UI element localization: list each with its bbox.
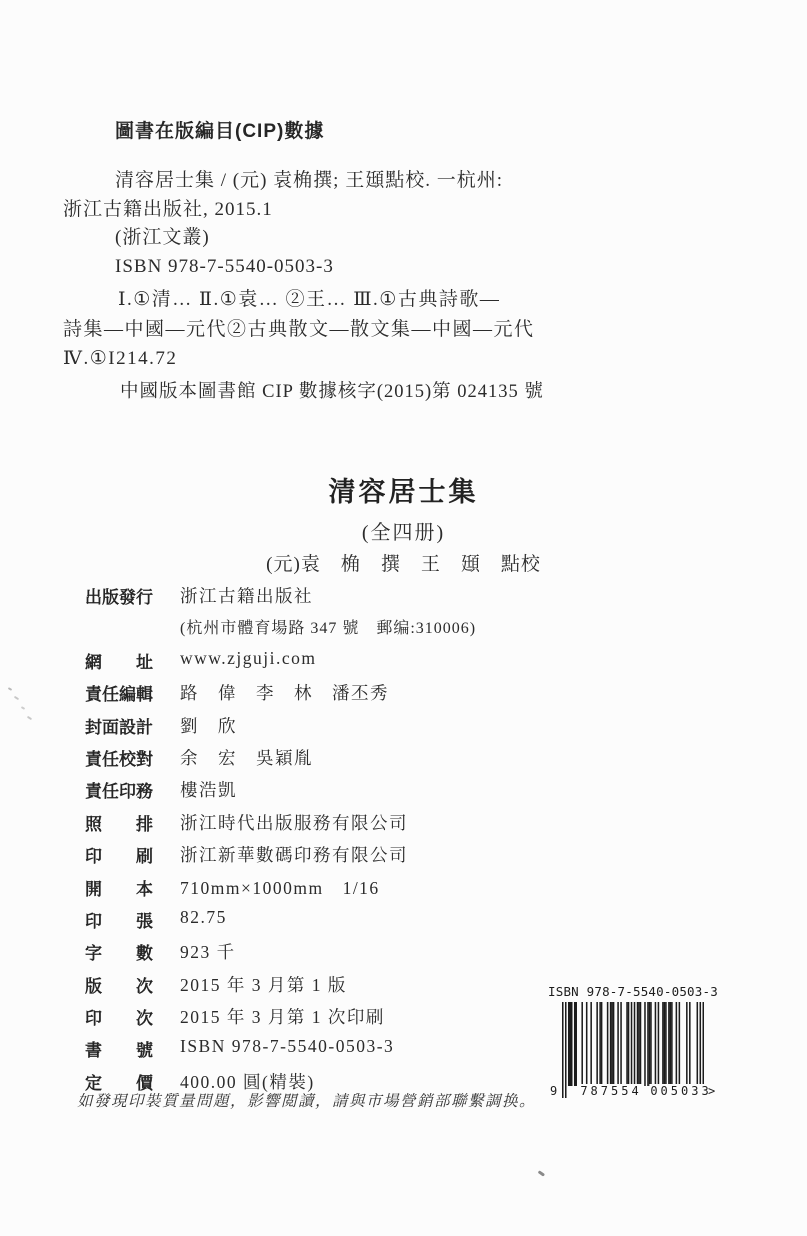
pub-row-label: 封面設計 <box>85 713 155 738</box>
pub-row-value: (杭州市體育場路 347 號 郵编:310006) <box>180 615 476 638</box>
pub-row-label: 印 張 <box>85 907 155 932</box>
isbn-barcode-block: ISBN 978-7-5540-0503-3 9 787554 005033 > <box>548 984 726 1114</box>
pub-row-value: 浙江新華數碼印務有限公司 <box>180 842 408 867</box>
pub-row-value: 路 偉 李 林 潘丕秀 <box>180 680 389 705</box>
pub-row: 出版發行 浙江古籍出版社 <box>85 583 725 615</box>
pub-row: 照 排 浙江時代出版服務有限公司 <box>85 810 725 842</box>
pub-row-label: 網 址 <box>85 648 155 673</box>
pub-row-value: ISBN 978-7-5540-0503-3 <box>180 1036 394 1057</box>
cip-entry-line: ISBN 978-7-5540-0503-3 <box>63 253 623 282</box>
cip-classification-line: 詩集—中國—元代②古典散文—散文集—中國—元代 <box>63 315 643 345</box>
pub-row: (杭州市體育場路 347 號 郵编:310006) <box>85 615 725 647</box>
book-title: 清容居士集 <box>0 470 807 509</box>
pub-row-label: 責任校對 <box>85 745 155 770</box>
pub-row-value: 710mm×1000mm 1/16 <box>180 875 380 900</box>
pub-row-value: 923 千 <box>180 939 236 964</box>
pub-row-label: 照 排 <box>85 810 155 835</box>
pub-row-label: 書 號 <box>85 1036 155 1061</box>
ink-speck <box>8 687 12 691</box>
cip-entry: 清容居士集 / (元) 袁桷撰; 王頲點校. 一杭州: 浙江古籍出版社, 201… <box>63 167 623 281</box>
barcode-right-digits: 005033 <box>649 1084 712 1098</box>
pub-row: 開 本 710mm×1000mm 1/16 <box>85 875 725 907</box>
pub-row-value: 樓浩凱 <box>180 777 237 802</box>
pub-row-label: 責任印務 <box>85 777 155 802</box>
pub-row: 責任印務 樓浩凱 <box>85 777 725 809</box>
pub-row-label: 開 本 <box>85 875 155 900</box>
pub-row-value: 劉 欣 <box>180 713 237 738</box>
pub-row-label: 印 次 <box>85 1004 155 1029</box>
cip-classification-line: Ⅳ.①I214.72 <box>63 344 643 374</box>
pub-row: 印 張 82.75 <box>85 907 725 939</box>
pub-row: 網 址 www.zjguji.com <box>85 648 725 680</box>
pub-row: 責任校對 余 宏 吳穎胤 <box>85 745 725 777</box>
ink-speck <box>538 1170 545 1176</box>
cip-classification: Ⅰ.①清… Ⅱ.①袁… ②王… Ⅲ.①古典詩歌— 詩集—中國—元代②古典散文—散… <box>63 285 643 374</box>
cip-entry-line: 清容居士集 / (元) 袁桷撰; 王頲點校. 一杭州: <box>63 167 623 196</box>
ink-speck <box>14 696 19 700</box>
pub-row-label: 字 數 <box>85 939 155 964</box>
ink-speck <box>21 706 25 710</box>
cip-classification-line: Ⅰ.①清… Ⅱ.①袁… ②王… Ⅲ.①古典詩歌— <box>63 285 643 315</box>
pub-row: 字 數 923 千 <box>85 939 725 971</box>
pub-row-value: 浙江古籍出版社 <box>180 583 313 608</box>
barcode-first-digit: 9 <box>550 1084 557 1098</box>
pub-row: 責任編輯 路 偉 李 林 潘丕秀 <box>85 680 725 712</box>
quality-note: 如發現印裝質量問題，影響閲讀，請與市場營銷部聯繫調换。 <box>77 1089 536 1111</box>
pub-row-value: www.zjguji.com <box>180 648 317 669</box>
cip-record-number: 中國版本圖書館 CIP 數據核字(2015)第 024135 號 <box>120 377 544 403</box>
pub-row-label: 版 次 <box>85 972 155 997</box>
barcode-isbn-text: ISBN 978-7-5540-0503-3 <box>548 984 718 999</box>
pub-row-value: 2015 年 3 月第 1 次印刷 <box>180 1004 385 1029</box>
pub-row-label: 出版發行 <box>85 583 155 608</box>
pub-row-value: 82.75 <box>180 907 227 928</box>
pub-row-value: 2015 年 3 月第 1 版 <box>180 972 347 997</box>
cip-entry-line: (浙江文叢) <box>63 224 623 253</box>
barcode-arrow: > <box>708 1084 715 1098</box>
cip-heading: 圖書在版編目(CIP)數據 <box>115 116 324 143</box>
pub-row-label: 印 刷 <box>85 842 155 867</box>
cip-entry-line: 浙江古籍出版社, 2015.1 <box>63 196 623 225</box>
pub-row: 印 刷 浙江新華數碼印務有限公司 <box>85 842 725 874</box>
ink-speck <box>27 716 32 720</box>
barcode-left-digits: 787554 <box>579 1084 642 1098</box>
pub-row-label: 責任編輯 <box>85 680 155 705</box>
authors-line: (元)袁 桷 撰 王 頲 點校 <box>0 549 807 576</box>
pub-row-value: 余 宏 吳穎胤 <box>180 745 313 770</box>
pub-row-value: 浙江時代出版服務有限公司 <box>180 810 408 835</box>
pub-row: 封面設計 劉 欣 <box>85 713 725 745</box>
book-copyright-page: 圖書在版編目(CIP)數據 清容居士集 / (元) 袁桷撰; 王頲點校. 一杭州… <box>0 0 807 1236</box>
volume-note: (全四册) <box>0 516 807 545</box>
